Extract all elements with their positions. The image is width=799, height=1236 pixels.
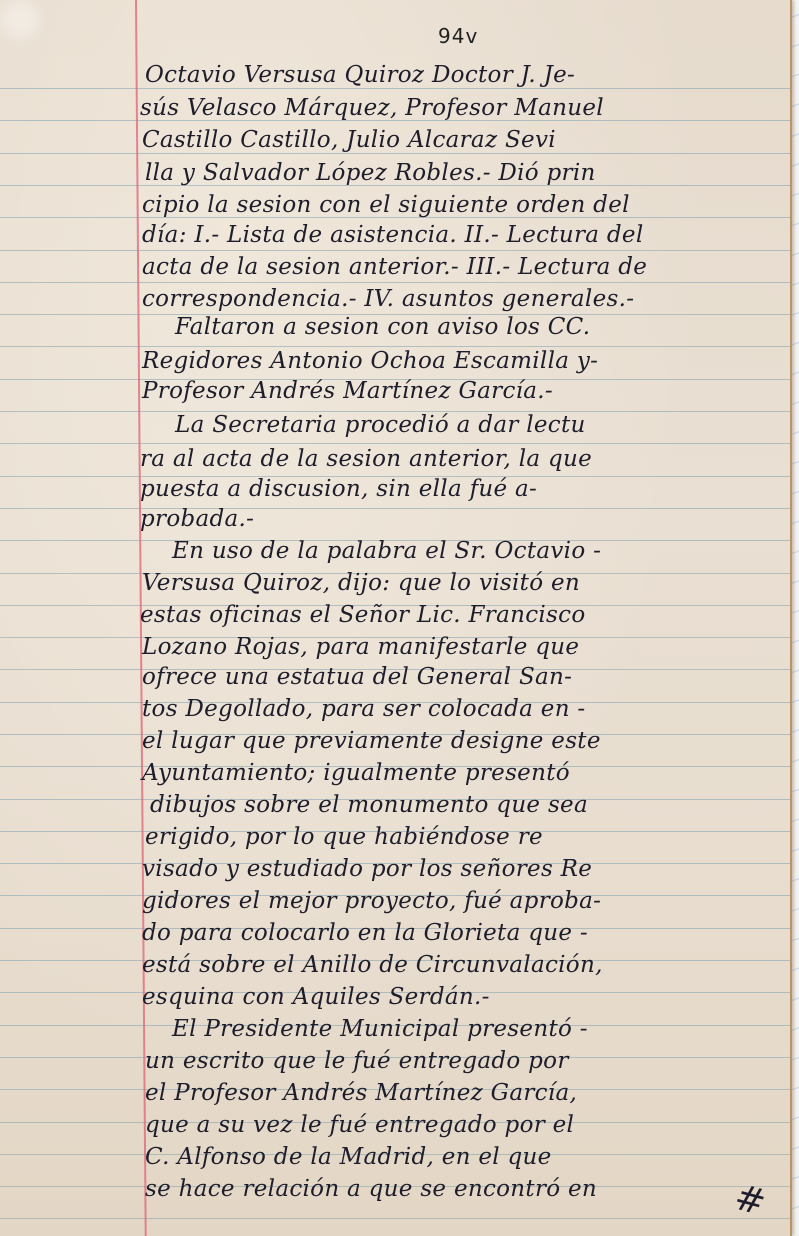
text-line: que a su vez le fué entregado por el [145, 1112, 574, 1138]
text-line: Castillo Castillo, Julio Alcaraz Sevi [142, 127, 556, 153]
text-line: ofrece una estatua del General San- [142, 664, 572, 690]
ruled-line [0, 282, 790, 283]
text-line: erigido, por lo que habiéndose re [145, 824, 543, 850]
text-line: probada.- [140, 506, 254, 532]
paragraph-start-line: La Secretaria procedió a dar lectu [175, 412, 586, 438]
text-line: estas oficinas el Señor Lic. Francisco [140, 602, 585, 628]
text-line: se hace relación a que se encontró en [145, 1176, 597, 1202]
text-line: Versusa Quiroz, dijo: que lo visitó en [142, 570, 580, 596]
notebook-page: 94v Octavio Versusa Quiroz Doctor J. Je-… [0, 0, 792, 1236]
ruled-line [0, 88, 790, 89]
folio-number: 94v [438, 24, 478, 48]
text-line: do para colocarlo en la Glorieta que - [142, 920, 588, 946]
ruled-line [0, 250, 790, 251]
ruled-line [0, 346, 790, 347]
paragraph-start-line: El Presidente Municipal presentó - [172, 1016, 588, 1042]
text-line: Profesor Andrés Martínez García.- [142, 378, 553, 404]
ruled-line [0, 443, 790, 444]
text-line: cipio la sesion con el siguiente orden d… [142, 192, 630, 218]
text-line: gidores el mejor proyecto, fué aproba- [142, 888, 601, 914]
paper-smudge [0, 0, 40, 40]
text-line: lla y Salvador López Robles.- Dió prin [145, 160, 596, 186]
text-line: visado y estudiado por los señores Re [142, 856, 592, 882]
paragraph-start-line: En uso de la palabra el Sr. Octavio - [172, 538, 601, 564]
text-line: Octavio Versusa Quiroz Doctor J. Je- [145, 62, 575, 88]
text-line: esquina con Aquiles Serdán.- [142, 984, 490, 1010]
ruled-line [0, 508, 790, 509]
text-line: correspondencia.- IV. asuntos generales.… [142, 286, 634, 312]
text-line: día: I.- Lista de asistencia. II.- Lectu… [142, 222, 643, 248]
text-line: está sobre el Anillo de Circunvalación, [142, 952, 603, 978]
text-line: sús Velasco Márquez, Profesor Manuel [140, 95, 604, 121]
text-line: puesta a discusion, sin ella fué a- [140, 476, 537, 502]
text-line: Ayuntamiento; igualmente presentó [142, 760, 570, 786]
text-line: ra al acta de la sesion anterior, la que [140, 446, 592, 472]
ruled-line [0, 153, 790, 154]
text-line: Regidores Antonio Ochoa Escamilla y- [142, 348, 598, 374]
text-line: C. Alfonso de la Madrid, en el que [145, 1144, 552, 1170]
ruled-line [0, 1218, 790, 1219]
text-line: el Profesor Andrés Martínez García, [145, 1080, 577, 1106]
text-line: el lugar que previamente designe este [142, 728, 601, 754]
paragraph-start-line: Faltaron a sesion con aviso los CC. [175, 314, 590, 340]
text-line: tos Degollado, para ser colocada en - [142, 696, 586, 722]
text-line: dibujos sobre el monumento que sea [150, 792, 588, 818]
text-line: acta de la sesion anterior.- III.- Lectu… [142, 254, 647, 280]
text-line: un escrito que le fué entregado por [145, 1048, 569, 1074]
text-line: Lozano Rojas, para manifestarle que [142, 634, 579, 660]
